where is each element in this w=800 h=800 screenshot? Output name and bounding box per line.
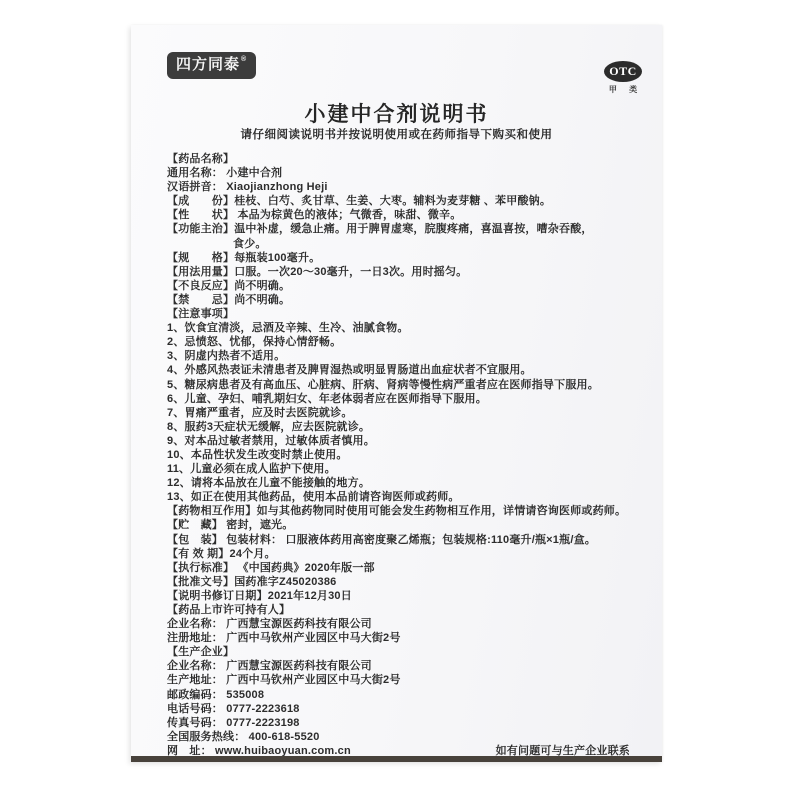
- manufacturer-header: 【生产企业】: [167, 645, 636, 659]
- precaution-item-8: 8、服药3天症状无缓解，应去医院就诊。: [167, 420, 636, 434]
- brand-logo-text: 四方同泰: [176, 56, 240, 73]
- precaution-item-9: 9、对本品过敏者禁用，过敏体质者慎用。: [167, 434, 636, 448]
- precaution-item-10: 10、本品性状发生改变时禁止使用。: [167, 448, 636, 462]
- revision-date-line: 【说明书修订日期】2021年12月30日: [167, 589, 636, 603]
- drug-interaction-line: 【药物相互作用】如与其他药物同时使用可能会发生药物相互作用，详情请咨询医师或药师…: [167, 504, 636, 518]
- holder-address-line: 注册地址： 广西中马钦州产业园区中马大街2号: [167, 631, 636, 645]
- page-subtitle: 请仔细阅读说明书并按说明使用或在药师指导下购买和使用: [131, 126, 662, 142]
- page-title: 小建中合剂说明书: [131, 98, 662, 128]
- validity-line: 【有 效 期】24个月。: [167, 547, 636, 561]
- dosage-line: 【用法用量】口服。一次20～30毫升，一日3次。用时摇匀。: [167, 265, 636, 279]
- leaflet-body: 【药品名称】 通用名称： 小建中合剂 汉语拼音： Xiaojianzhong H…: [167, 152, 636, 758]
- manufacturer-address-line: 生产地址： 广西中马钦州产业园区中马大街2号: [167, 673, 636, 687]
- footer-row: 网 址： www.huibaoyuan.com.cn 如有问题可与生产企业联系: [167, 744, 636, 758]
- contact-note: 如有问题可与生产企业联系: [496, 744, 636, 758]
- specification-line: 【规 格】每瓶装100毫升。: [167, 251, 636, 265]
- precaution-item-3: 3、阴虚内热者不适用。: [167, 349, 636, 363]
- hotline-line: 全国服务热线： 400-618-5520: [167, 730, 636, 744]
- precaution-item-11: 11、儿童必须在成人监护下使用。: [167, 462, 636, 476]
- holder-company-line: 企业名称： 广西慧宝源医药科技有限公司: [167, 617, 636, 631]
- manufacturer-company-line: 企业名称： 广西慧宝源医药科技有限公司: [167, 659, 636, 673]
- indications-line-wrap: 食少。: [167, 237, 636, 251]
- registered-trademark-icon: ®: [241, 56, 247, 63]
- brand-logo: 四方同泰®: [167, 52, 256, 79]
- section-drug-name: 【药品名称】: [167, 152, 636, 166]
- otc-badge: OTC 甲 类: [602, 61, 644, 95]
- website-line: 网 址： www.huibaoyuan.com.cn: [167, 744, 351, 758]
- precaution-item-13: 13、如正在使用其他药品，使用本品前请咨询医师或药师。: [167, 490, 636, 504]
- ingredients-line: 【成 份】桂枝、白芍、炙甘草、生姜、大枣。辅料为麦芽糖 、苯甲酸钠。: [167, 194, 636, 208]
- indications-line: 【功能主治】温中补虚，缓急止痛。用于脾胃虚寒，脘腹疼痛，喜温喜按，嘈杂吞酸，: [167, 222, 636, 236]
- storage-line: 【贮 藏】 密封，遮光。: [167, 518, 636, 532]
- generic-name-line: 通用名称： 小建中合剂: [167, 166, 636, 180]
- otc-oval-icon: OTC: [604, 61, 642, 82]
- precaution-item-1: 1、饮食宜清淡，忌酒及辛辣、生冷、油腻食物。: [167, 321, 636, 335]
- precautions-header: 【注意事项】: [167, 307, 636, 321]
- precaution-item-6: 6、儿童、孕妇、哺乳期妇女、年老体弱者应在医师指导下服用。: [167, 392, 636, 406]
- pinyin-line: 汉语拼音： Xiaojianzhong Heji: [167, 180, 636, 194]
- packaging-line: 【包 装】 包装材料： 口服液体药用高密度聚乙烯瓶；包装规格:110毫升/瓶×1…: [167, 533, 636, 547]
- license-holder-header: 【药品上市许可持有人】: [167, 603, 636, 617]
- character-line: 【性 状】 本品为棕黄色的液体；气微香，味甜、微辛。: [167, 208, 636, 222]
- fax-line: 传真号码： 0777-2223198: [167, 716, 636, 730]
- leaflet-sheet: 四方同泰® OTC 甲 类 小建中合剂说明书 请仔细阅读说明书并按说明使用或在药…: [131, 25, 662, 762]
- precaution-item-5: 5、糖尿病患者及有高血压、心脏病、肝病、肾病等慢性病严重者应在医师指导下服用。: [167, 378, 636, 392]
- precaution-item-4: 4、外感风热表证未清患者及脾胃湿热或明显胃肠道出血症状者不宜服用。: [167, 363, 636, 377]
- otc-class-label: 甲 类: [607, 84, 644, 95]
- contraindication-line: 【禁 忌】尚不明确。: [167, 293, 636, 307]
- postal-code-line: 邮政编码： 535008: [167, 688, 636, 702]
- adverse-reaction-line: 【不良反应】尚不明确。: [167, 279, 636, 293]
- precaution-item-7: 7、胃痛严重者，应及时去医院就诊。: [167, 406, 636, 420]
- precaution-item-2: 2、忌愤怒、忧郁，保持心情舒畅。: [167, 335, 636, 349]
- standard-line: 【执行标准】 《中国药典》2020年版一部: [167, 561, 636, 575]
- precaution-item-12: 12、请将本品放在儿童不能接触的地方。: [167, 476, 636, 490]
- phone-line: 电话号码： 0777-2223618: [167, 702, 636, 716]
- approval-number-line: 【批准文号】国药准字Z45020386: [167, 575, 636, 589]
